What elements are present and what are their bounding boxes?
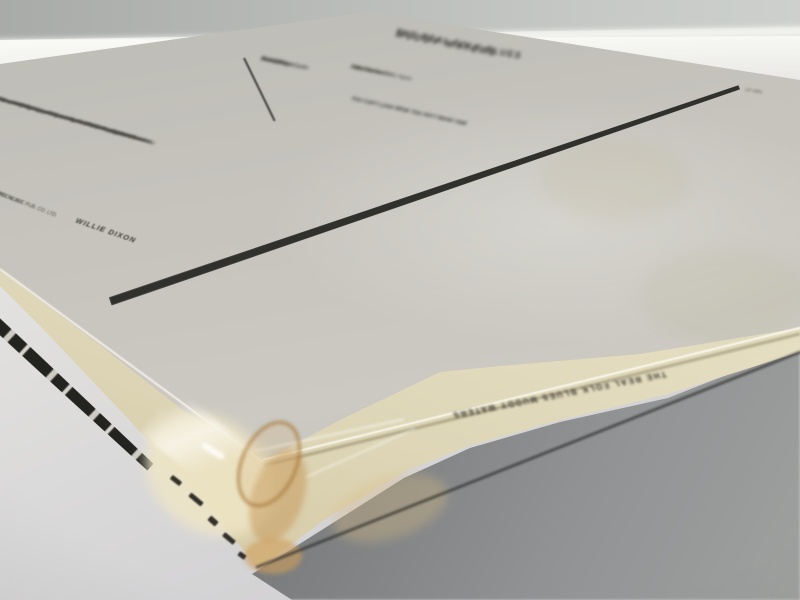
photo-scene: THE REAL FOLK BLUES MUDDY WATERS Mannish… (0, 0, 800, 600)
surface-stain (540, 140, 690, 220)
surface-stain (640, 250, 800, 340)
corner-stain (244, 538, 302, 574)
